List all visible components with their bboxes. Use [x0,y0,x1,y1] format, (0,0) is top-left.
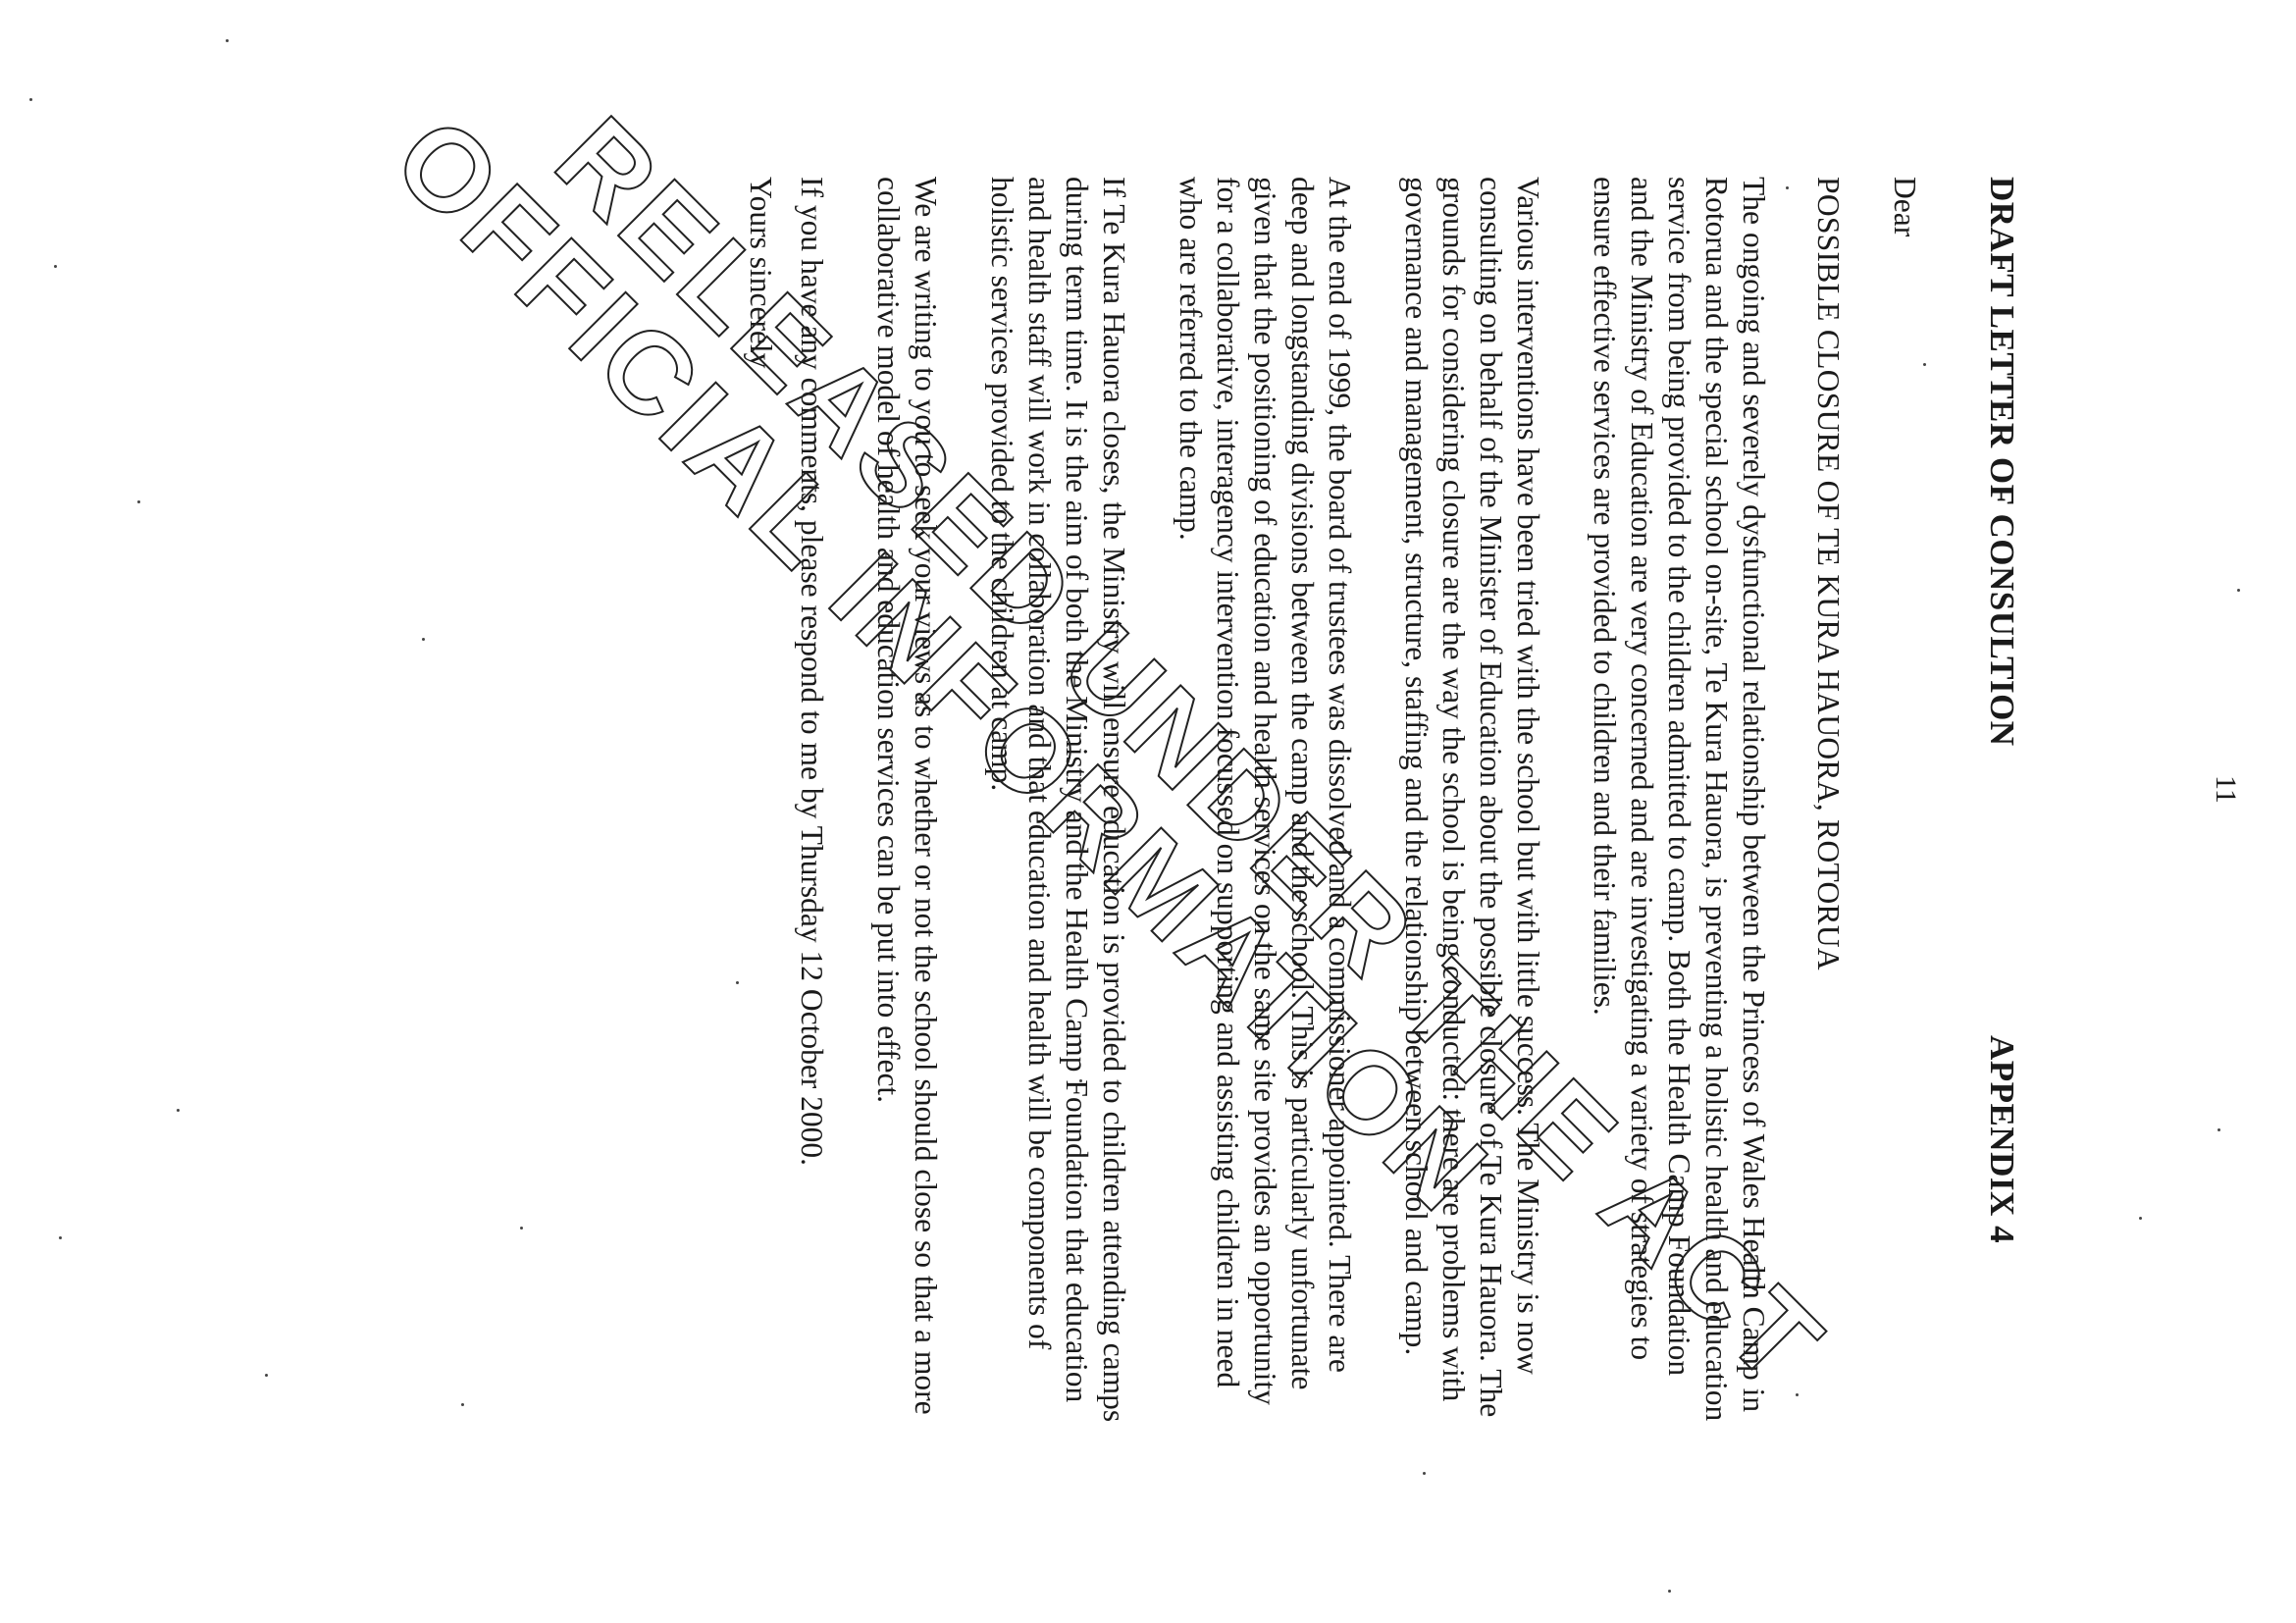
scan-speck [1786,186,1789,189]
scan-speck [1079,1079,1082,1082]
scan-speck [736,981,739,984]
scan-speck [226,39,229,42]
scan-speck [461,1403,464,1406]
scan-speck [1423,1472,1426,1475]
salutation: Dear [1886,177,1923,1423]
scan-speck [177,1109,180,1112]
scan-speck [422,638,425,641]
paragraph-4: If Te Kura Hauora closes, the Ministry w… [983,177,1132,1423]
scan-speck [2218,1128,2220,1131]
scan-speck [29,98,32,101]
scan-speck [1923,363,1926,366]
appendix-label: APPENDIX 4 [1982,1035,2021,1243]
scan-speck [137,500,140,503]
signoff: Yours sincerely [742,177,779,1423]
page-number: 11 [2209,775,2242,804]
scan-speck [520,1227,523,1230]
paragraph-6: If you have any comments, please respond… [793,177,830,1423]
scan-speck [2139,1217,2142,1220]
scan-speck [2237,589,2240,592]
scan-speck [54,265,57,268]
scan-speck [59,1236,62,1239]
letter-body: Dear POSSIBLE CLOSURE OF TE KURA HAUORA,… [742,177,1923,1423]
paragraph-3: At the end of 1999, the board of trustee… [1172,177,1358,1423]
scan-speck [1796,1393,1799,1396]
scan-speck [265,1374,268,1377]
letter-page: 11 DRAFT LETTER OF CONSULTION APPENDIX 4… [0,0,2296,1623]
paragraph-5: We are writing to you to seek your views… [869,177,944,1423]
scan-speck [1668,1590,1671,1593]
paragraph-2: Various interventions have been tried wi… [1397,177,1546,1423]
document-title: DRAFT LETTER OF CONSULTION [1982,177,2021,747]
letter-subject: POSSIBLE CLOSURE OF TE KURA HAUORA, ROTO… [1809,177,1847,1423]
paragraph-1: The ongoing and severely dysfunctional r… [1586,177,1772,1423]
